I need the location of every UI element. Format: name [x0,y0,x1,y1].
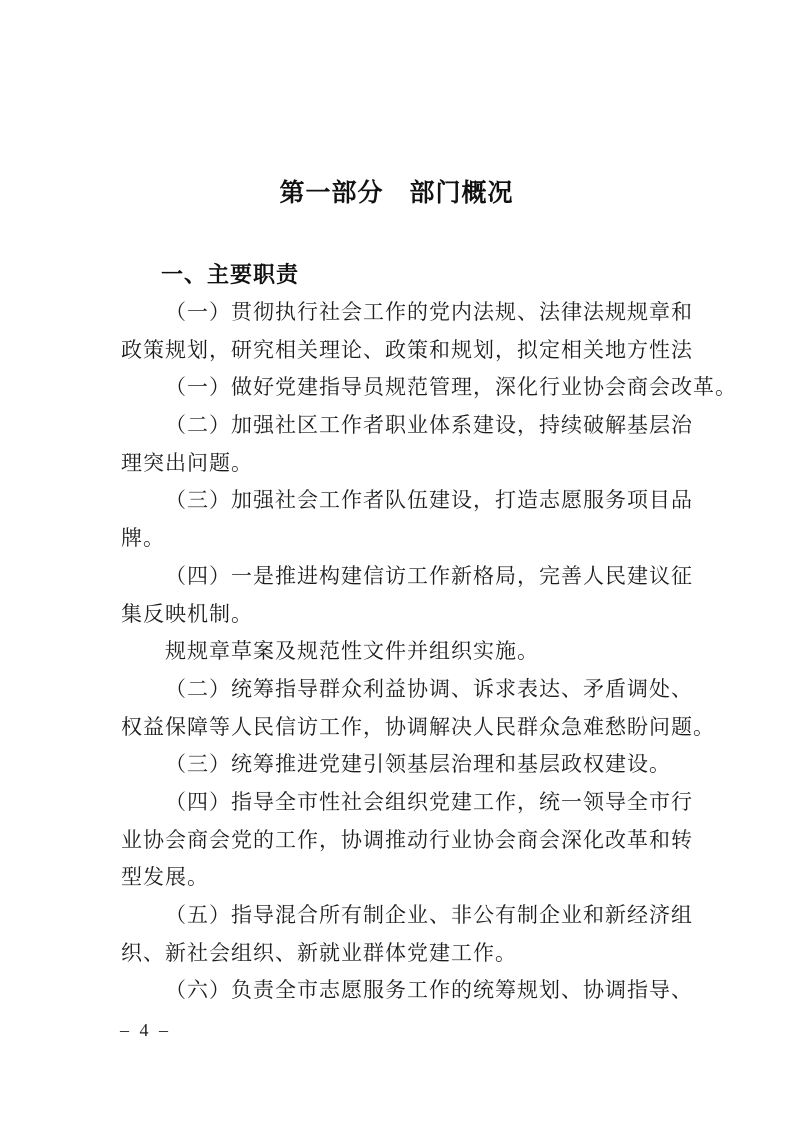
body-line: 集反映机制。 [121,596,689,634]
body-line: （二）统筹指导群众利益协调、诉求表达、矛盾调处、 [121,671,689,709]
body-line: 规规章草案及规范性文件并组织实施。 [121,633,689,671]
body-line: 业协会商会党的工作，协调推动行业协会商会深化改革和转 [121,822,689,860]
body-line: 权益保障等人民信访工作，协调解决人民群众急难愁盼问题。 [121,709,689,747]
body-line: （五）指导混合所有制企业、非公有制企业和新经济组 [121,897,689,935]
body-line: （四）一是推进构建信访工作新格局，完善人民建议征 [121,558,689,596]
body-line: （三）统筹推进党建引领基层治理和基层政权建设。 [121,746,689,784]
body-line: 政策规划，研究相关理论、政策和规划，拟定相关地方性法 [121,332,689,370]
document-body: （一）贯彻执行社会工作的党内法规、法律法规规章和政策规划，研究相关理论、政策和规… [121,294,689,1010]
section-heading: 一、主要职责 [121,256,689,294]
body-line: （四）指导全市性社会组织党建工作，统一领导全市行 [121,784,689,822]
body-line: （一）做好党建指导员规范管理，深化行业协会商会改革。 [121,369,689,407]
document-page: 第一部分 部门概况 一、主要职责 （一）贯彻执行社会工作的党内法规、法律法规规章… [0,0,793,1122]
page-number: – 4 – [120,1019,171,1041]
body-line: 牌。 [121,520,689,558]
body-line: 型发展。 [121,859,689,897]
body-line: （一）贯彻执行社会工作的党内法规、法律法规规章和 [121,294,689,332]
body-line: 织、新社会组织、新就业群体党建工作。 [121,935,689,973]
body-line: （二）加强社区工作者职业体系建设，持续破解基层治 [121,407,689,445]
body-line: （六）负责全市志愿服务工作的统筹规划、协调指导、 [121,972,689,1010]
body-line: （三）加强社会工作者队伍建设，打造志愿服务项目品 [121,482,689,520]
document-content: 一、主要职责 （一）贯彻执行社会工作的党内法规、法律法规规章和政策规划，研究相关… [121,256,689,1010]
document-title: 第一部分 部门概况 [0,178,793,208]
body-line: 理突出问题。 [121,445,689,483]
